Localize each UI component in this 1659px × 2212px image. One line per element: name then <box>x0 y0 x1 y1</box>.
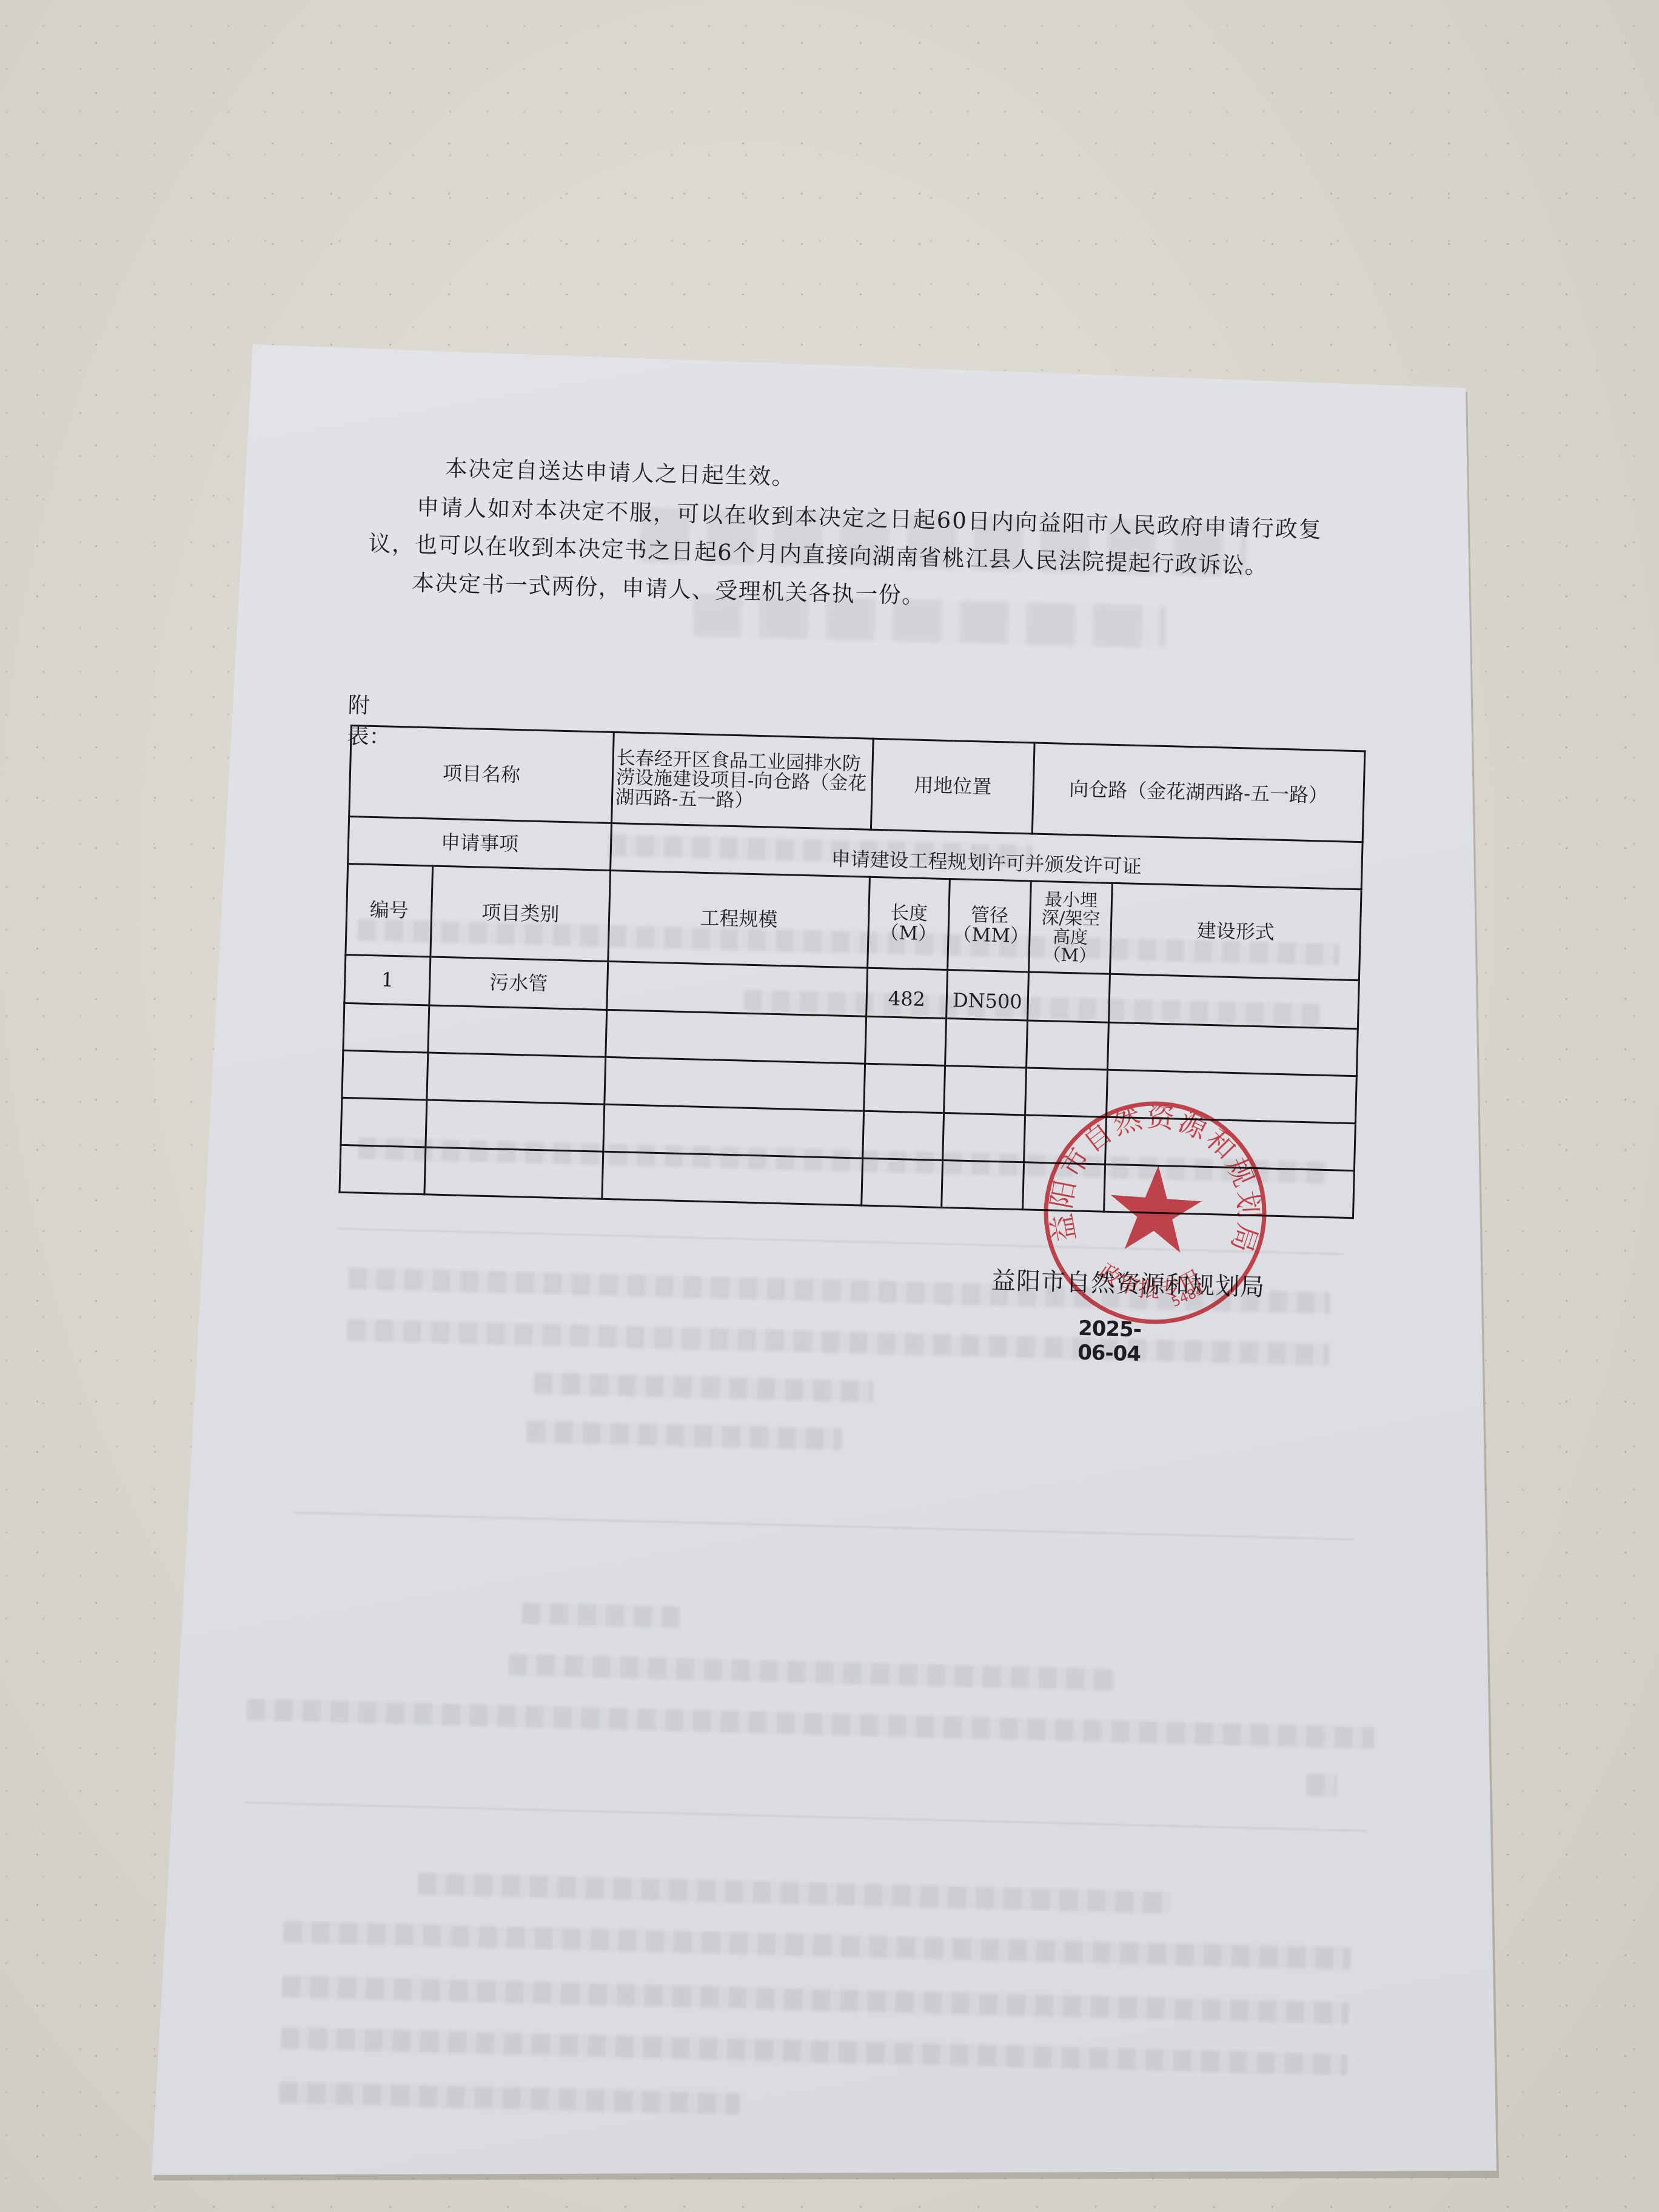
cell-diameter <box>944 1065 1027 1114</box>
cell-category <box>428 1005 607 1057</box>
column-header-number: 编号 <box>346 863 433 956</box>
cell-depth <box>1027 1021 1109 1070</box>
column-header-length: 长度（M） <box>868 877 950 970</box>
column-header-scale: 工程规模 <box>608 870 870 968</box>
column-header-diameter: 管径（MM） <box>948 879 1031 972</box>
cell-diameter <box>942 1160 1024 1209</box>
cell-length <box>862 1158 943 1207</box>
cell-number <box>342 1050 428 1100</box>
cell-scale <box>603 1104 864 1158</box>
cell-number <box>340 1145 426 1195</box>
cell-category: 污水管 <box>429 957 608 1010</box>
cell-scale <box>605 1057 865 1111</box>
official-seal-icon: 益阳市自然资源和规划局 行政审批专用章 5484 <box>1032 1090 1278 1336</box>
cell-number <box>341 1098 427 1147</box>
cell-scale <box>602 1151 863 1205</box>
cell-length <box>863 1111 944 1160</box>
cell-diameter <box>943 1113 1025 1162</box>
cell-category <box>424 1147 603 1199</box>
column-header-category: 项目类别 <box>431 866 611 961</box>
project-name-label: 项目名称 <box>349 726 614 823</box>
cell-depth <box>1028 972 1110 1022</box>
application-item-label: 申请事项 <box>348 816 612 870</box>
cell-length: 482 <box>866 968 948 1018</box>
cell-diameter <box>945 1019 1028 1068</box>
cell-length <box>865 1016 947 1065</box>
cell-category <box>426 1100 605 1151</box>
land-location-label: 用地位置 <box>871 739 1034 834</box>
cell-scale <box>606 1010 866 1064</box>
cell-construction-form <box>1108 1022 1358 1076</box>
column-header-construction-form: 建设形式 <box>1110 883 1362 980</box>
cell-length <box>864 1064 945 1113</box>
cell-diameter: DN500 <box>947 970 1029 1021</box>
land-location-value: 向仓路（金花湖西路-五一路） <box>1032 743 1365 842</box>
cell-number: 1 <box>344 954 431 1005</box>
project-name-value: 长春经开区食品工业园排水防涝设施建设项目-向仓路（金花湖西路-五一路） <box>612 732 874 829</box>
cell-category <box>427 1053 606 1104</box>
cell-construction-form <box>1108 974 1359 1028</box>
cell-scale <box>607 961 868 1016</box>
column-header-depth: 最小埋深/架空高度（M） <box>1029 881 1113 974</box>
cell-number <box>343 1003 429 1053</box>
